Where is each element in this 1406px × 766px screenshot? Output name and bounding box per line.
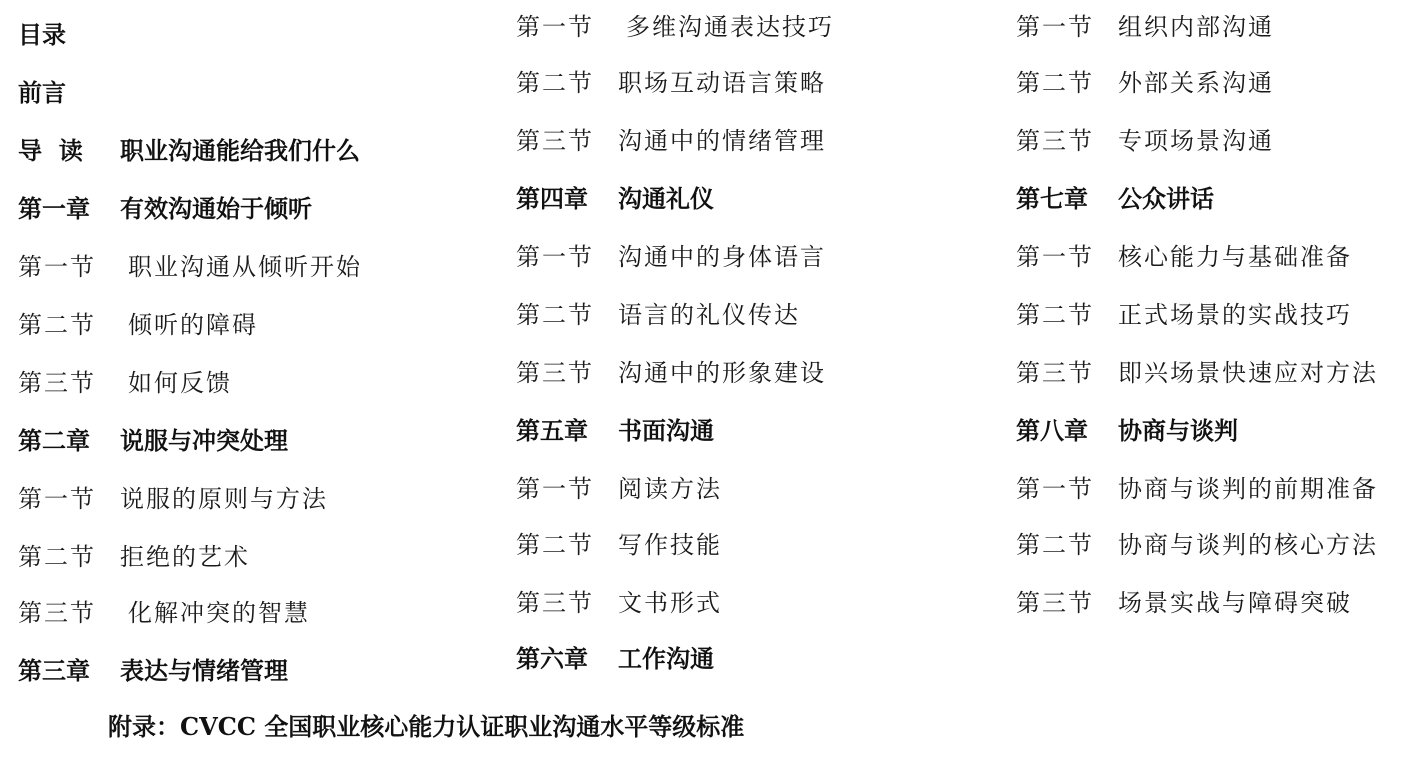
toc-entry-number: 第一节 bbox=[516, 12, 626, 42]
toc-entry-number: 第一节 bbox=[516, 474, 618, 504]
toc-entry-title: 协商与谈判的前期准备 bbox=[1118, 474, 1378, 504]
toc-section-8-2[interactable]: 第二节协商与谈判的核心方法 bbox=[1016, 530, 1378, 560]
toc-section-8-3[interactable]: 第三节场景实战与障碍突破 bbox=[1016, 588, 1352, 618]
toc-entry-number: 第二节 bbox=[516, 300, 618, 330]
toc-entry-title: 拒绝的艺术 bbox=[120, 542, 250, 572]
toc-chapter-5[interactable]: 第五章书面沟通 bbox=[516, 416, 714, 446]
toc-section-6-2[interactable]: 第二节外部关系沟通 bbox=[1016, 68, 1274, 98]
toc-entry-number: 第三章 bbox=[18, 656, 120, 686]
toc-section-5-1[interactable]: 第一节阅读方法 bbox=[516, 474, 722, 504]
toc-entry-number: 第一节 bbox=[18, 252, 128, 282]
toc-chapter-6[interactable]: 第六章工作沟通 bbox=[516, 644, 714, 674]
toc-section-7-3[interactable]: 第三节即兴场景快速应对方法 bbox=[1016, 358, 1378, 388]
toc-entry-title: 多维沟通表达技巧 bbox=[626, 12, 834, 42]
toc-entry-title: 协商与谈判 bbox=[1118, 416, 1238, 446]
toc-entry-number: 第二节 bbox=[1016, 300, 1118, 330]
toc-entry-number: 第三节 bbox=[1016, 588, 1118, 618]
toc-entry-title: 外部关系沟通 bbox=[1118, 68, 1274, 98]
toc-entry-title: 工作沟通 bbox=[618, 644, 714, 674]
toc-entry-title: 阅读方法 bbox=[618, 474, 722, 504]
toc-entry-number: 第二节 bbox=[516, 530, 618, 560]
toc-entry-title: 写作技能 bbox=[618, 530, 722, 560]
toc-entry-title: 沟通礼仪 bbox=[618, 184, 714, 214]
toc-entry-number: 第二章 bbox=[18, 426, 120, 456]
toc-chapter-8[interactable]: 第八章协商与谈判 bbox=[1016, 416, 1238, 446]
toc-section-1-2[interactable]: 第二节倾听的障碍 bbox=[18, 310, 258, 340]
toc-entry-title: 书面沟通 bbox=[618, 416, 714, 446]
toc-entry-number: 第一节 bbox=[1016, 242, 1118, 272]
toc-entry-preface[interactable]: 前言 bbox=[18, 78, 66, 108]
toc-entry-number: 第八章 bbox=[1016, 416, 1118, 446]
toc-section-8-1[interactable]: 第一节协商与谈判的前期准备 bbox=[1016, 474, 1378, 504]
toc-entry-title: 化解冲突的智慧 bbox=[128, 598, 310, 628]
toc-entry-title: 即兴场景快速应对方法 bbox=[1118, 358, 1378, 388]
toc-entry-number: 第五章 bbox=[516, 416, 618, 446]
toc-entry-title: 沟通中的情绪管理 bbox=[618, 126, 826, 156]
toc-section-2-1[interactable]: 第一节说服的原则与方法 bbox=[18, 484, 328, 514]
toc-entry-number: 第一节 bbox=[1016, 474, 1118, 504]
toc-section-7-1[interactable]: 第一节核心能力与基础准备 bbox=[1016, 242, 1352, 272]
toc-entry-number: 第一节 bbox=[1016, 12, 1118, 42]
toc-section-4-1[interactable]: 第一节沟通中的身体语言 bbox=[516, 242, 826, 272]
toc-section-2-3[interactable]: 第三节化解冲突的智慧 bbox=[18, 598, 310, 628]
toc-chapter-3[interactable]: 第三章表达与情绪管理 bbox=[18, 656, 288, 686]
toc-entry-label: 目录 bbox=[18, 20, 66, 50]
toc-entry-number: 第二节 bbox=[1016, 68, 1118, 98]
toc-chapter-7[interactable]: 第七章公众讲话 bbox=[1016, 184, 1214, 214]
toc-entry-title: 职业沟通能给我们什么 bbox=[120, 136, 360, 166]
toc-section-7-2[interactable]: 第二节正式场景的实战技巧 bbox=[1016, 300, 1352, 330]
toc-entry-title: 职场互动语言策略 bbox=[618, 68, 826, 98]
toc-chapter-4[interactable]: 第四章沟通礼仪 bbox=[516, 184, 714, 214]
toc-section-1-1[interactable]: 第一节职业沟通从倾听开始 bbox=[18, 252, 362, 282]
toc-section-6-3[interactable]: 第三节专项场景沟通 bbox=[1016, 126, 1274, 156]
toc-entry-title: 文书形式 bbox=[618, 588, 722, 618]
toc-entry-title: 专项场景沟通 bbox=[1118, 126, 1274, 156]
toc-entry-title: 正式场景的实战技巧 bbox=[1118, 300, 1352, 330]
toc-entry-introduction[interactable]: 导 读职业沟通能给我们什么 bbox=[18, 136, 360, 166]
toc-entry-title: 组织内部沟通 bbox=[1118, 12, 1274, 42]
toc-entry-number: 导 读 bbox=[18, 136, 120, 166]
toc-entry-contents[interactable]: 目录 bbox=[18, 20, 66, 50]
toc-entry-title: 说服与冲突处理 bbox=[120, 426, 288, 456]
toc-section-5-3[interactable]: 第三节文书形式 bbox=[516, 588, 722, 618]
toc-entry-number: 第三节 bbox=[18, 368, 128, 398]
toc-entry-title: 倾听的障碍 bbox=[128, 310, 258, 340]
toc-entry-title: 核心能力与基础准备 bbox=[1118, 242, 1352, 272]
toc-entry-title: 公众讲话 bbox=[1118, 184, 1214, 214]
toc-appendix[interactable]: 附录：CVCC 全国职业核心能力认证职业沟通水平等级标准 bbox=[108, 712, 744, 742]
toc-entry-number: 第二节 bbox=[516, 68, 618, 98]
toc-entry-title: 职业沟通从倾听开始 bbox=[128, 252, 362, 282]
toc-section-2-2[interactable]: 第二节拒绝的艺术 bbox=[18, 542, 250, 572]
toc-entry-title: 有效沟通始于倾听 bbox=[120, 194, 312, 224]
toc-entry-number: 第六章 bbox=[516, 644, 618, 674]
toc-entry-number: 第七章 bbox=[1016, 184, 1118, 214]
toc-entry-number: 第三节 bbox=[1016, 126, 1118, 156]
toc-entry-label: 前言 bbox=[18, 78, 66, 108]
toc-section-5-2[interactable]: 第二节写作技能 bbox=[516, 530, 722, 560]
toc-entry-number: 第四章 bbox=[516, 184, 618, 214]
toc-entry-title: 场景实战与障碍突破 bbox=[1118, 588, 1352, 618]
toc-section-4-2[interactable]: 第二节语言的礼仪传达 bbox=[516, 300, 800, 330]
toc-entry-title: 表达与情绪管理 bbox=[120, 656, 288, 686]
toc-section-3-1[interactable]: 第一节多维沟通表达技巧 bbox=[516, 12, 834, 42]
toc-entry-title: 沟通中的身体语言 bbox=[618, 242, 826, 272]
toc-entry-title: 说服的原则与方法 bbox=[120, 484, 328, 514]
toc-chapter-1[interactable]: 第一章有效沟通始于倾听 bbox=[18, 194, 312, 224]
toc-section-6-1[interactable]: 第一节组织内部沟通 bbox=[1016, 12, 1274, 42]
toc-entry-number: 第二节 bbox=[18, 542, 120, 572]
toc-entry-title: 协商与谈判的核心方法 bbox=[1118, 530, 1378, 560]
toc-section-3-3[interactable]: 第三节沟通中的情绪管理 bbox=[516, 126, 826, 156]
toc-entry-number: 第三节 bbox=[516, 126, 618, 156]
toc-entry-number: 第二节 bbox=[18, 310, 128, 340]
toc-section-1-3[interactable]: 第三节如何反馈 bbox=[18, 368, 232, 398]
toc-entry-number: 第三节 bbox=[516, 358, 618, 388]
toc-entry-title: 如何反馈 bbox=[128, 368, 232, 398]
toc-section-3-2[interactable]: 第二节职场互动语言策略 bbox=[516, 68, 826, 98]
toc-entry-number: 第三节 bbox=[1016, 358, 1118, 388]
toc-entry-number: 第一节 bbox=[516, 242, 618, 272]
toc-entry-number: 第三节 bbox=[18, 598, 128, 628]
toc-chapter-2[interactable]: 第二章说服与冲突处理 bbox=[18, 426, 288, 456]
toc-entry-title: 沟通中的形象建设 bbox=[618, 358, 826, 388]
toc-entry-number: 第二节 bbox=[1016, 530, 1118, 560]
toc-entry-number: 第一节 bbox=[18, 484, 120, 514]
toc-entry-number: 第三节 bbox=[516, 588, 618, 618]
toc-entry-number: 第一章 bbox=[18, 194, 120, 224]
toc-section-4-3[interactable]: 第三节沟通中的形象建设 bbox=[516, 358, 826, 388]
toc-entry-title: 语言的礼仪传达 bbox=[618, 300, 800, 330]
